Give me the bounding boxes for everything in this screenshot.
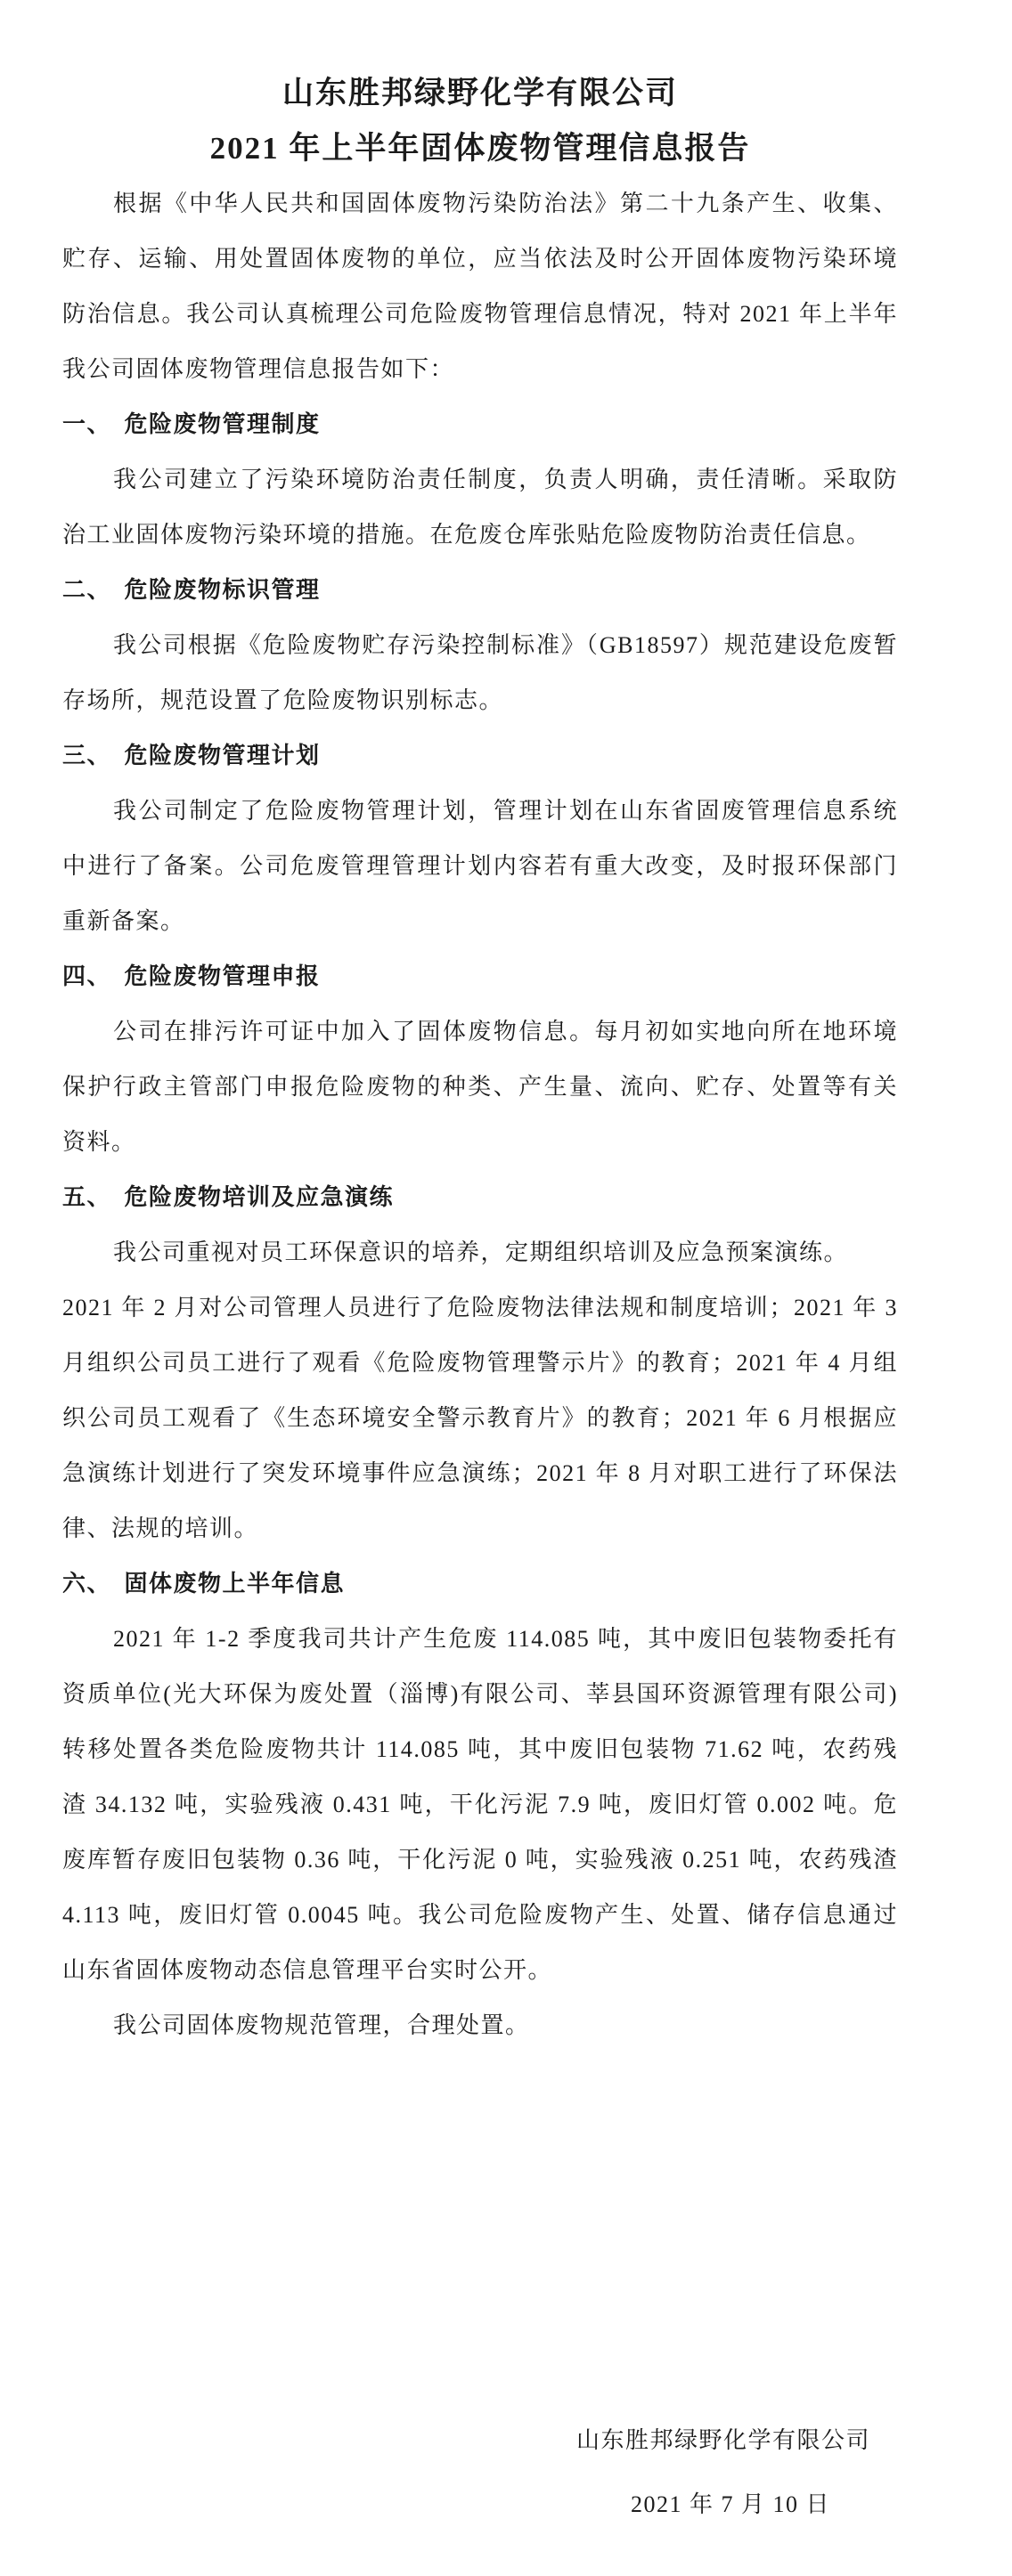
para-line: 重新备案。: [62, 894, 898, 949]
para-line: 律、法规的培训。: [62, 1501, 898, 1556]
signature-company-name: 山东胜邦绿野化学有限公司: [62, 2413, 898, 2468]
para-line: 转移处置各类危险废物共计 114.085 吨，其中废旧包装物 71.62 吨，农…: [62, 1722, 898, 1777]
para-line: 治工业固体废物污染环境的措施。在危废仓库张贴危险废物防治责任信息。: [62, 508, 898, 563]
para-line: 山东省固体废物动态信息管理平台实时公开。: [62, 1943, 898, 1998]
para-line: 根据《中华人民共和国固体废物污染防治法》第二十九条产生、收集、: [62, 176, 898, 232]
section-heading-3: 三、 危险废物管理计划: [62, 728, 898, 784]
para-line: 4.113 吨，废旧灯管 0.0045 吨。我公司危险废物产生、处置、储存信息通…: [62, 1888, 898, 1943]
para-line: 渣 34.132 吨，实验残液 0.431 吨，干化污泥 7.9 吨，废旧灯管 …: [62, 1777, 898, 1832]
para-line: 保护行政主管部门申报危险废物的种类、产生量、流向、贮存、处置等有关: [62, 1060, 898, 1115]
para-line: 2021 年 2 月对公司管理人员进行了危险废物法律法规和制度培训；2021 年…: [62, 1280, 898, 1336]
para-line: 公司在排污许可证中加入了固体废物信息。每月初如实地向所在地环境: [62, 1004, 898, 1060]
para-line: 急演练计划进行了突发环境事件应急演练；2021 年 8 月对职工进行了环保法: [62, 1446, 898, 1501]
document-title-line1: 山东胜邦绿野化学有限公司: [62, 66, 898, 121]
section-heading-1: 一、 危险废物管理制度: [62, 397, 898, 452]
document-page: 山东胜邦绿野化学有限公司 2021 年上半年固体废物管理信息报告 根据《中华人民…: [0, 0, 1012, 2576]
para-line: 我公司固体废物规范管理，合理处置。: [62, 1998, 898, 2053]
para-line: 废库暂存废旧包装物 0.36 吨，干化污泥 0 吨，实验残液 0.251 吨，农…: [62, 1832, 898, 1888]
para-line: 月组织公司员工进行了观看《危险废物管理警示片》的教育；2021 年 4 月组: [62, 1336, 898, 1391]
section-heading-5: 五、 危险废物培训及应急演练: [62, 1170, 898, 1225]
para-line: 我公司固体废物管理信息报告如下：: [62, 342, 898, 397]
section-heading-6: 六、 固体废物上半年信息: [62, 1556, 898, 1612]
signature-date: 2021 年 7 月 10 日: [62, 2477, 898, 2532]
para-line: 我公司建立了污染环境防治责任制度，负责人明确，责任清晰。采取防: [62, 452, 898, 508]
para-line: 我公司制定了危险废物管理计划，管理计划在山东省固废管理信息系统: [62, 784, 898, 839]
para-line: 资料。: [62, 1115, 898, 1170]
document-title-line2: 2021 年上半年固体废物管理信息报告: [62, 121, 898, 176]
para-line: 2021 年 1-2 季度我司共计产生危废 114.085 吨，其中废旧包装物委…: [62, 1612, 898, 1667]
para-line: 织公司员工观看了《生态环境安全警示教育片》的教育；2021 年 6 月根据应: [62, 1391, 898, 1446]
para-line: 我公司根据《危险废物贮存污染控制标准》（GB18597）规范建设危废暂: [62, 618, 898, 673]
document-content: 山东胜邦绿野化学有限公司 2021 年上半年固体废物管理信息报告 根据《中华人民…: [0, 0, 1012, 2532]
para-line: 防治信息。我公司认真梳理公司危险废物管理信息情况，特对 2021 年上半年: [62, 287, 898, 342]
section-heading-2: 二、 危险废物标识管理: [62, 563, 898, 618]
para-line: 中进行了备案。公司危废管理管理计划内容若有重大改变，及时报环保部门: [62, 839, 898, 894]
para-line: 存场所，规范设置了危险废物识别标志。: [62, 673, 898, 728]
para-line: 我公司重视对员工环保意识的培养，定期组织培训及应急预案演练。: [62, 1225, 898, 1280]
section-heading-4: 四、 危险废物管理申报: [62, 949, 898, 1004]
para-line: 贮存、运输、用处置固体废物的单位，应当依法及时公开固体废物污染环境: [62, 232, 898, 287]
para-line: 资质单位(光大环保为废处置（淄博)有限公司、莘县国环资源管理有限公司): [62, 1667, 898, 1722]
